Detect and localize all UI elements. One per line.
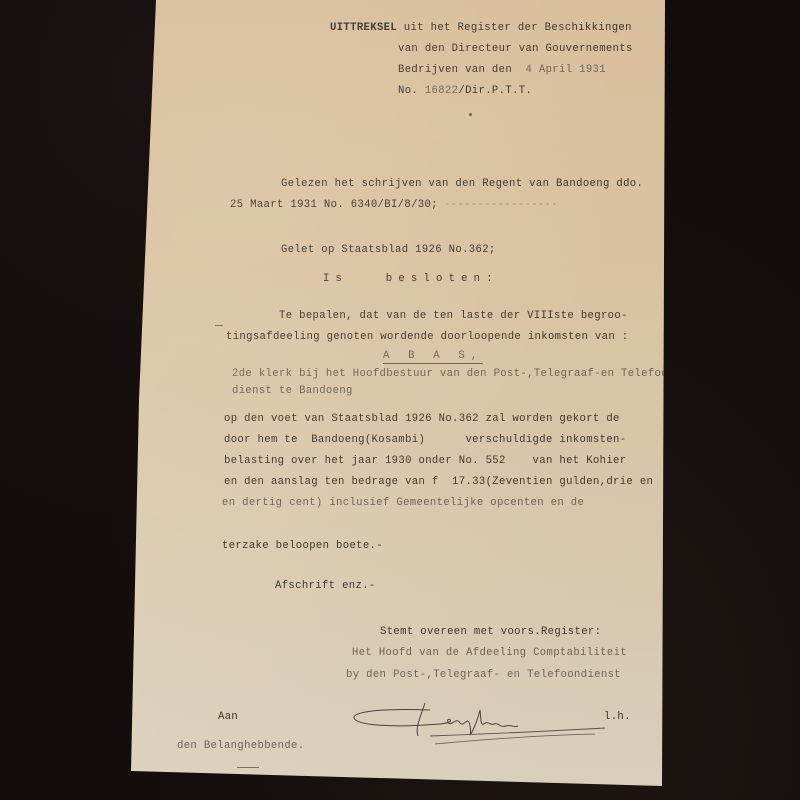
handwritten-signature-icon xyxy=(350,698,610,758)
employee-position-line-1: 2de klerk bij het Hoofdbestuur van den P… xyxy=(232,368,675,380)
read-clause: Gelezen het schrijven van den Regent van… xyxy=(281,178,643,190)
struck-out-text: ----------------- xyxy=(444,199,558,211)
decision-heading: Is besloten: xyxy=(323,273,499,285)
header-title: UITTREKSEL xyxy=(330,22,397,34)
header-line-2: van den Directeur van Gouvernements xyxy=(398,43,633,55)
short-rule xyxy=(237,767,259,768)
header-line-4: No. 16822/Dir.P.T.T. xyxy=(398,85,532,97)
addressee-recipient: den Belanghebbende. xyxy=(177,740,304,752)
body-paragraph-2-line-5: en dertig cent) inclusief Gemeentelijke … xyxy=(222,497,584,509)
body-paragraph-2-line-1: op den voet van Staatsblad 1926 No.362 z… xyxy=(224,413,620,425)
header-line-1-text: uit het Register der Beschikkingen xyxy=(404,22,632,34)
employee-name-text: A B A S, xyxy=(383,350,483,364)
body-paragraph-1-line-2: tingsafdeeling genoten wordende doorloop… xyxy=(226,331,628,343)
employee-position-line-2: dienst te Bandoeng xyxy=(232,385,353,397)
certification-line-3: by den Post-,Telegraaf- en Telefoondiens… xyxy=(346,669,621,681)
body-paragraph-2-line-2: door hem te Bandoeng(Kosambi) verschuldi… xyxy=(224,434,626,446)
read-clause-continued: 25 Maart 1931 No. 6340/BI/8/30;---------… xyxy=(230,199,558,211)
reference-number: 25 Maart 1931 No. 6340/BI/8/30; xyxy=(230,199,438,211)
body-paragraph-3: terzake beloopen boete.- xyxy=(222,540,383,552)
regard-clause: Gelet op Staatsblad 1926 No.362; xyxy=(281,244,496,256)
certification-line-1: Stemt overeen met voors.Register: xyxy=(380,626,601,638)
number-prefix: No. xyxy=(398,85,418,97)
number-suffix: /Dir.P.T.T. xyxy=(458,85,532,97)
ink-dot xyxy=(469,113,472,116)
header-line-3: Bedrijven van den 4 April 1931 xyxy=(398,64,606,76)
copy-note: Afschrift enz.- xyxy=(275,580,376,592)
decision-number: 16822 xyxy=(425,85,459,97)
addressee-label: Aan xyxy=(218,711,238,723)
header-line-1: UITTREKSEL uit het Register der Beschikk… xyxy=(330,22,632,34)
header-line-3-text: Bedrijven van den xyxy=(398,64,512,76)
body-paragraph-2-line-3: belasting over het jaar 1930 onder No. 5… xyxy=(224,455,626,467)
body-paragraph-2-line-4: en den aanslag ten bedrage van f 17.33(Z… xyxy=(224,476,653,488)
body-paragraph-1-line-1: Te bepalen, dat van de ten laste der VII… xyxy=(279,310,628,322)
initials: l.h. xyxy=(604,711,631,723)
pencil-mark xyxy=(215,325,223,326)
certification-line-2: Het Hoofd van de Afdeeling Comptabilitei… xyxy=(352,647,627,659)
employee-name: A B A S, xyxy=(383,350,483,362)
decision-date: 4 April 1931 xyxy=(525,64,606,76)
